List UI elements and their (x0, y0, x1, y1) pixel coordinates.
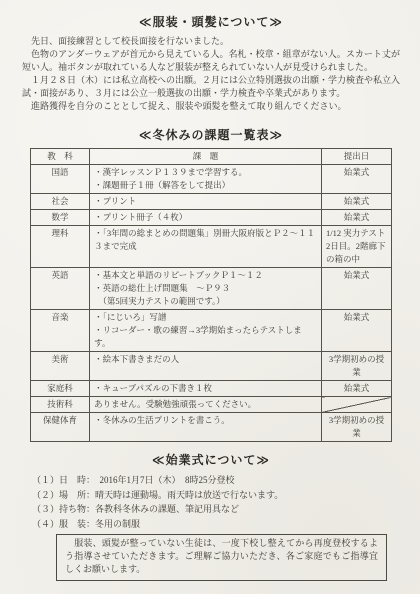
task-cell: ・キューブパズルの下書き１枚 (90, 381, 322, 397)
subject-cell: 理科 (31, 226, 90, 268)
table-row: 音楽 ・「にじいろ」写譜 ・リコーダー・歌の練習→3学期始まったらテストします。… (31, 310, 392, 352)
due-cell: 3学期初めの授業 (321, 413, 391, 442)
diagonal-slash-cell (321, 397, 391, 413)
task-line: ・プリント冊子（４枚） (94, 211, 317, 224)
due-cell: 始業式 (321, 381, 391, 397)
list-item-place: （２）場 所：晴天時は運動場。雨天時は放送で行ないます。 (32, 488, 400, 503)
task-line: ・冬休みの生活プリントを書こう。 (94, 414, 317, 427)
notice-box: 服装、頭髪が整っていない生徒は、一度下校し整えてから再度登校するよう指導させてい… (56, 534, 387, 581)
task-line: ・絵本下書きまだの人 (94, 353, 317, 366)
task-line: ・英語の総仕上げ問題集 ～Ｐ９３ (94, 282, 317, 295)
paragraph-exam-schedule: １月２８日（木）には私立高校への出願。２月には公立特別選抜の出願・学力検査や私立… (22, 74, 400, 100)
header-task: 課 題 (90, 149, 322, 165)
task-line: ・リコーダー・歌の練習→3学期始まったらテストします。 (94, 324, 317, 350)
paragraph-interview: 先日、面接練習として校長面接を行ないました。 (22, 35, 400, 48)
due-cell: 始業式 (321, 268, 391, 310)
paragraph-advice: 進路獲得を自分のこととして捉え、服装や頭髪を整えて取り組んでください。 (22, 100, 400, 113)
task-cell: ・プリント (90, 194, 322, 210)
section-title-dress: ≪服装・頭髪について≫ (22, 14, 400, 30)
task-cell: ありません。受験勉強頑張ってください。 (90, 397, 322, 413)
homework-table: 教 科 課 題 提出日 国語 ・漢字レッスンＰ１３９まで学習する。 ・課題冊子１… (30, 148, 392, 442)
table-row: 家庭科 ・キューブパズルの下書き１枚 始業式 (31, 381, 392, 397)
table-row: 技術科 ありません。受験勉強頑張ってください。 (31, 397, 392, 413)
due-cell: 始業式 (321, 310, 391, 352)
table-header-row: 教 科 課 題 提出日 (31, 149, 392, 165)
document-page: ≪服装・頭髪について≫ 先日、面接練習として校長面接を行ないました。 色物のアン… (0, 0, 420, 594)
task-cell: ・プリント冊子（４枚） (90, 210, 322, 226)
subject-cell: 英語 (31, 268, 90, 310)
header-due: 提出日 (321, 149, 391, 165)
task-line: （第5回実力テストの範囲です。） (94, 295, 317, 308)
list-item-datetime: （１）日 時： 2016年1月7日（木） 8時25分登校 (32, 473, 400, 488)
subject-cell: 美術 (31, 352, 90, 381)
section-title-homework: ≪冬休みの課題一覧表≫ (22, 127, 400, 143)
table-row: 理科 ・「3年間の総まとめの問題集」別冊大阪府版とＰ２～１１３まで完成 1/12… (31, 226, 392, 268)
paragraph-dress-issues: 色物のアンダーウェアが首元から見えている人。名札・校章・組章がない人。スカート丈… (22, 48, 400, 74)
due-cell: 1/12 実力テスト2日目。2階廊下の箱の中 (321, 226, 391, 268)
table-row: 美術 ・絵本下書きまだの人 3学期初めの授業 (31, 352, 392, 381)
task-line: ・プリント (94, 195, 317, 208)
list-item-uniform: （４）服 装：冬用の制服 (32, 517, 400, 532)
task-cell: ・基本文と単語のリピートブックＰ１～１２ ・英語の総仕上げ問題集 ～Ｐ９３ （第… (90, 268, 322, 310)
task-line: ・課題冊子１冊（解答をして提出） (94, 179, 317, 192)
list-item-belongings: （３）持ち物：各教科冬休みの課題、筆記用具など (32, 502, 400, 517)
due-cell: 始業式 (321, 194, 391, 210)
table-row: 英語 ・基本文と単語のリピートブックＰ１～１２ ・英語の総仕上げ問題集 ～Ｐ９３… (31, 268, 392, 310)
table-row: 国語 ・漢字レッスンＰ１３９まで学習する。 ・課題冊子１冊（解答をして提出） 始… (31, 165, 392, 194)
subject-cell: 数学 (31, 210, 90, 226)
task-cell: ・漢字レッスンＰ１３９まで学習する。 ・課題冊子１冊（解答をして提出） (90, 165, 322, 194)
due-cell: 3学期初めの授業 (321, 352, 391, 381)
task-line: ・基本文と単語のリピートブックＰ１～１２ (94, 269, 317, 282)
header-subject: 教 科 (31, 149, 90, 165)
task-cell: ・絵本下書きまだの人 (90, 352, 322, 381)
task-line: ありません。受験勉強頑張ってください。 (94, 398, 317, 411)
task-cell: ・「3年間の総まとめの問題集」別冊大阪府版とＰ２～１１３まで完成 (90, 226, 322, 268)
subject-cell: 音楽 (31, 310, 90, 352)
subject-cell: 社会 (31, 194, 90, 210)
due-cell: 始業式 (321, 165, 391, 194)
subject-cell: 保健体育 (31, 413, 90, 442)
section-title-ceremony: ≪始業式について≫ (22, 452, 400, 468)
table-row: 数学 ・プリント冊子（４枚） 始業式 (31, 210, 392, 226)
subject-cell: 家庭科 (31, 381, 90, 397)
table-row: 保健体育 ・冬休みの生活プリントを書こう。 3学期初めの授業 (31, 413, 392, 442)
task-line: ・「3年間の総まとめの問題集」別冊大阪府版とＰ２～１１３まで完成 (94, 227, 317, 253)
subject-cell: 国語 (31, 165, 90, 194)
table-row: 社会 ・プリント 始業式 (31, 194, 392, 210)
task-line: ・漢字レッスンＰ１３９まで学習する。 (94, 166, 317, 179)
due-cell: 始業式 (321, 210, 391, 226)
task-line: ・「にじいろ」写譜 (94, 311, 317, 324)
ceremony-list: （１）日 時： 2016年1月7日（木） 8時25分登校 （２）場 所：晴天時は… (32, 473, 400, 531)
task-cell: ・「にじいろ」写譜 ・リコーダー・歌の練習→3学期始まったらテストします。 (90, 310, 322, 352)
subject-cell: 技術科 (31, 397, 90, 413)
task-line: ・キューブパズルの下書き１枚 (94, 382, 317, 395)
task-cell: ・冬休みの生活プリントを書こう。 (90, 413, 322, 442)
